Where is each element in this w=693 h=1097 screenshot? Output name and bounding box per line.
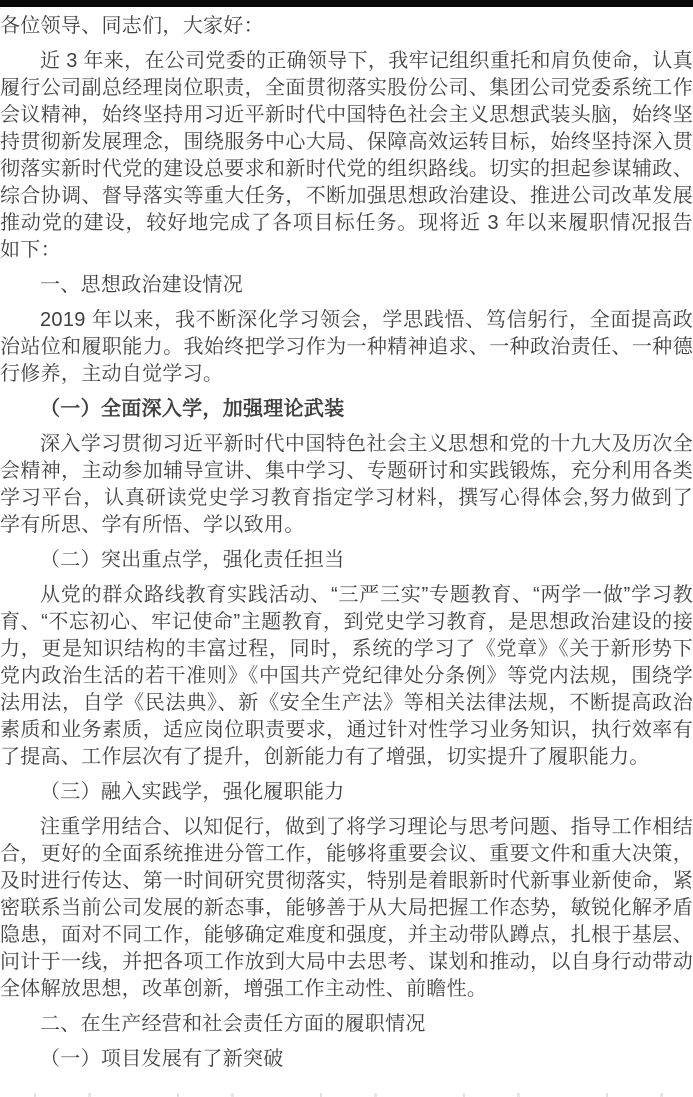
section-heading: （二）突出重点学，强化责任担当 (0, 547, 693, 574)
document-body: 各位领导、同志们，大家好：近 3 年来，在公司党委的正确领导下，我牢记组织重托和… (0, 7, 693, 1073)
section-heading: 一、思想政治建设情况 (0, 272, 693, 299)
paragraph: 各位领导、同志们，大家好： (0, 13, 693, 40)
paragraph: 深入学习贯彻习近平新时代中国特色社会主义思想和党的十九大及历次全会精神，主动参加… (0, 431, 693, 539)
top-black-bar (0, 0, 693, 7)
section-heading: （三）融入实践学，强化履职能力 (0, 779, 693, 806)
paragraph: 注重学用结合、以知促行，做到了将学习理论与思考问题、指导工作相结合，更好的全面系… (0, 814, 693, 1003)
document-page: 各位领导、同志们，大家好：近 3 年来，在公司党委的正确领导下，我牢记组织重托和… (0, 0, 693, 1097)
paragraph: 2019 年以来，我不断深化学习领会，学思践悟、笃信躬行，全面提高政治站位和履职… (0, 307, 693, 388)
paragraph: 从党的群众路线教育实践活动、“三严三实”专题教育、“两学一做”学习教育、“不忘初… (0, 582, 693, 771)
section-heading: （一）项目发展有了新突破 (0, 1046, 693, 1073)
paragraph: 近 3 年来，在公司党委的正确领导下，我牢记组织重托和肩负使命，认真履行公司副总… (0, 48, 693, 264)
section-heading: （一）全面深入学，加强理论武装 (0, 396, 693, 423)
clipped-next-text-line (0, 1093, 693, 1097)
section-heading: 二、在生产经营和社会责任方面的履职情况 (0, 1011, 693, 1038)
